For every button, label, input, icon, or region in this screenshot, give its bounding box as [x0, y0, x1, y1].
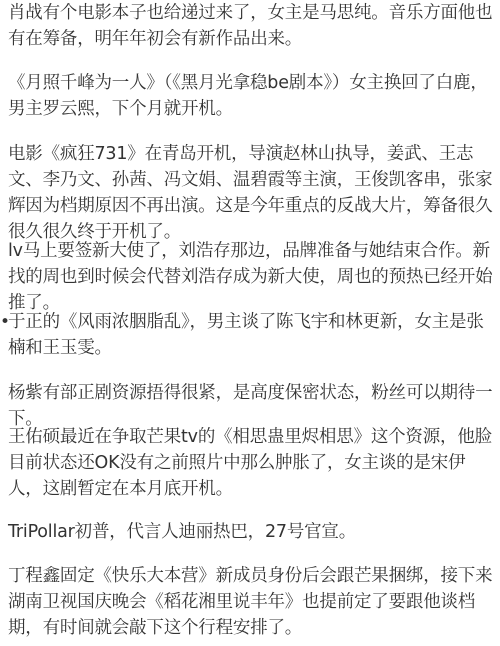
paragraph-tripollar: TriPollar初普，代言人迪丽热巴，27号官宣。	[8, 519, 496, 545]
paragraph-ding-chengxin: 丁程鑫固定《快乐大本营》新成员身份后会跟芒果捆绑，接下来湖南卫视国庆晚会《稻花湘…	[8, 563, 496, 641]
paragraph-yue-zhao: 《月照千峰为一人》（《黑月光拿稳be剧本》）女主换回了白鹿，男主罗云熙，下个月就…	[8, 70, 496, 122]
paragraph-wang-youshuo: 王佑硕最近在争取芒果tv的《相思蛊里烬相思》这个资源，他脸目前状态还OK没有之前…	[8, 424, 496, 502]
article-body: 肖战有个电影本子也给递过来了，女主是马思纯。音乐方面他也有在筹备，明年年初会有新…	[0, 0, 500, 646]
paragraph-fengkuang-731: 电影《疯狂731》在青岛开机，导演赵林山执导，姜武、王志文、李乃文、孙茜、冯文娟…	[8, 141, 496, 245]
paragraph-lv-ambassador: lv马上要签新大使了，刘浩存那边，品牌准备与她结束合作。新找的周也到时候会代替刘…	[8, 238, 496, 316]
paragraph-yu-zheng: 于正的《风雨浓胭脂乱》，男主谈了陈飞宇和林更新，女主是张楠和王玉雯。	[8, 309, 496, 361]
paragraph-xiao-zhan: 肖战有个电影本子也给递过来了，女主是马思纯。音乐方面他也有在筹备，明年年初会有新…	[8, 0, 496, 52]
